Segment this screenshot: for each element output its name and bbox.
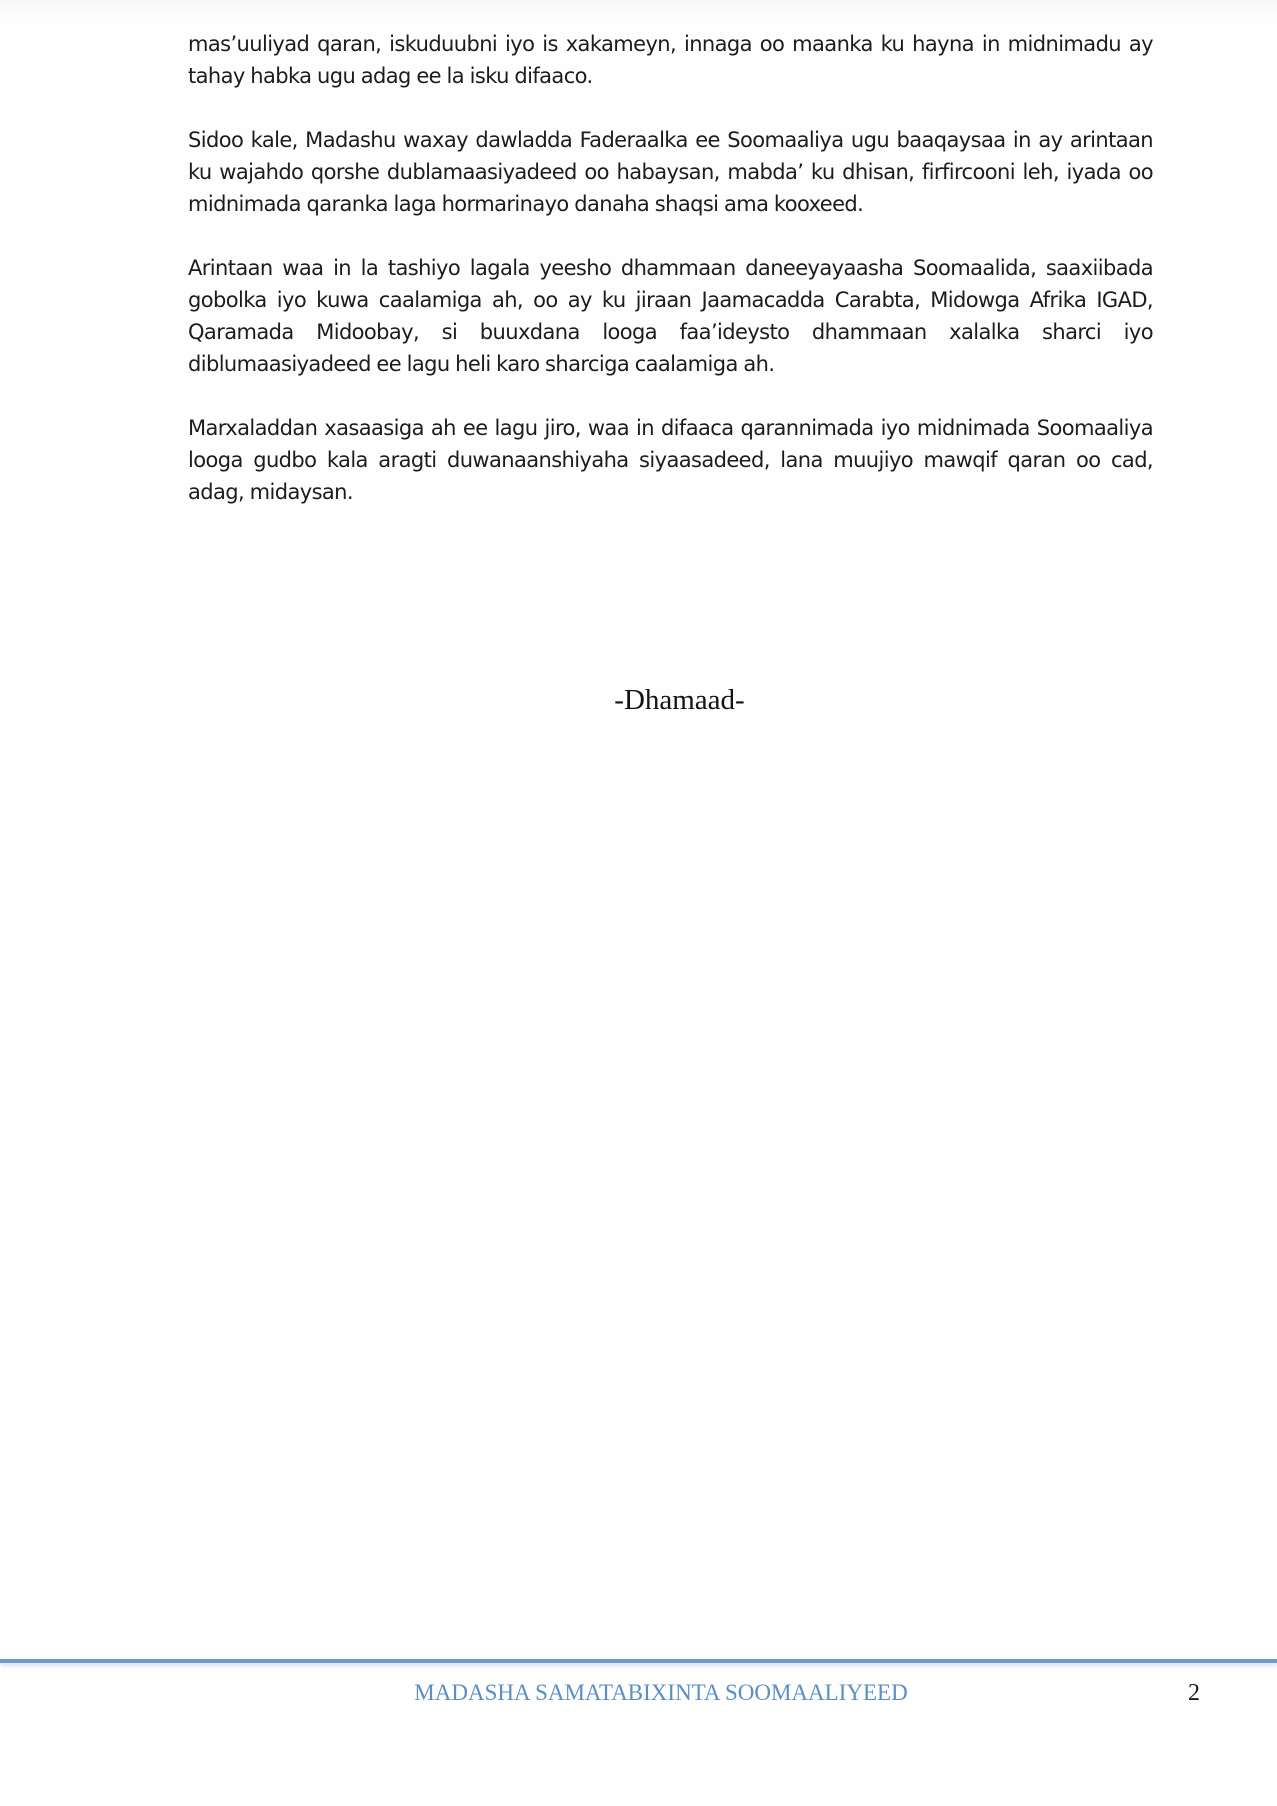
footer-organization-name: MADASHA SAMATABIXINTA SOOMAALIYEED (398, 1680, 924, 1706)
footer-divider (0, 1659, 1277, 1663)
paragraph-stakeholder-consultation: Arintaan waa in la tashiyo lagala yeesho… (188, 252, 1153, 380)
page-top-edge (0, 0, 1277, 20)
paragraph-national-unity: Marxaladdan xasaasiga ah ee lagu jiro, w… (188, 412, 1153, 508)
paragraph-federal-government-appeal: Sidoo kale, Madashu waxay dawladda Fader… (188, 124, 1153, 220)
paragraph-continuation: mas’uuliyad qaran, iskuduubni iyo is xak… (188, 28, 1153, 92)
document-body: mas’uuliyad qaran, iskuduubni iyo is xak… (188, 28, 1153, 540)
closing-mark: -Dhamaad- (0, 684, 1277, 717)
page-number: 2 (1188, 1680, 1200, 1707)
